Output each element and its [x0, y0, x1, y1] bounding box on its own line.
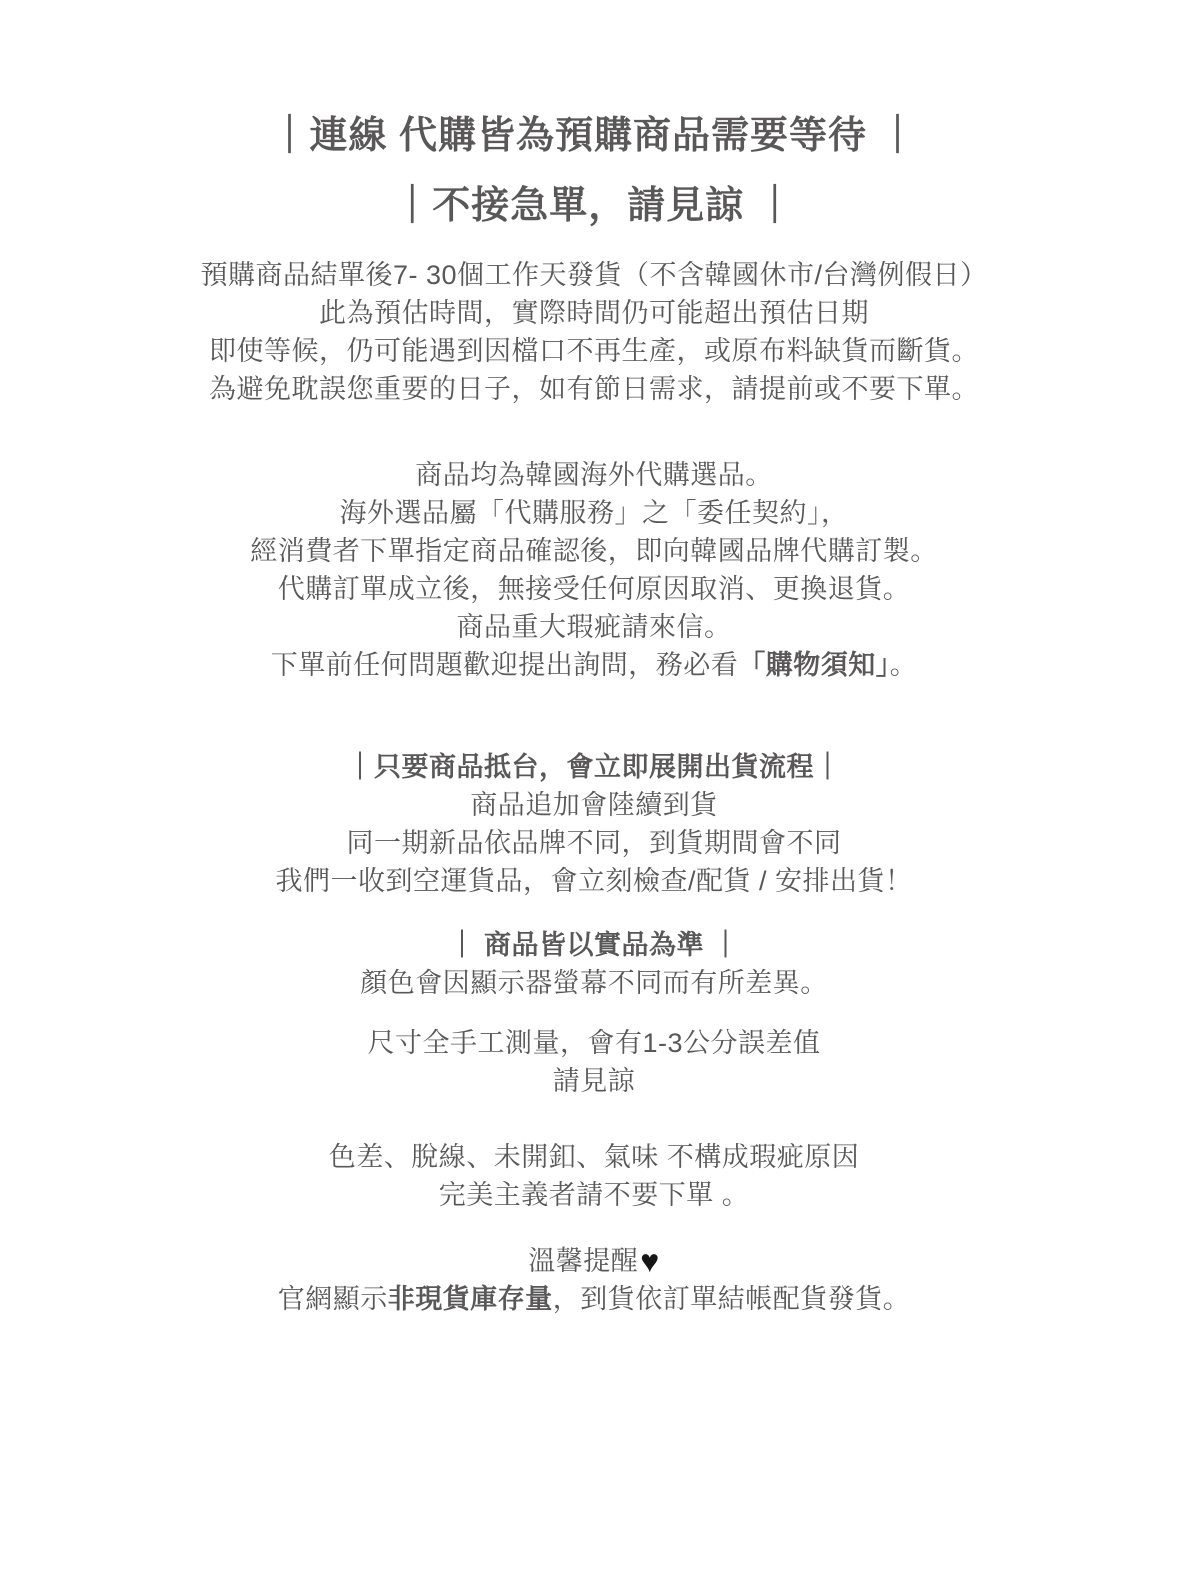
shipping-notice-paragraph: 預購商品結單後7- 30個工作天發貨（不含韓國休市/台灣例假日） 此為預估時間，… [0, 256, 1188, 408]
non-stock-emphasis: 非現貨庫存量 [388, 1284, 553, 1314]
service-terms-line: 商品重大瑕疵請來信。 [0, 608, 1188, 646]
inquiry-line-prefix: 下單前任何問題歡迎提出詢問，務必看 [271, 650, 739, 680]
shipping-notice-line: 此為預估時間，實際時間仍可能超出預估日期 [0, 294, 1188, 332]
black-heart-icon: ♥ [638, 1242, 660, 1280]
page-title-preorder-wait: ｜連線 代購皆為預購商品需要等待 ｜ [0, 112, 1188, 160]
arrival-flow-paragraph: ｜只要商品抵台，會立即展開出貨流程｜ 商品追加會陸續到貨 同一期新品依品牌不同，… [0, 748, 1188, 900]
defects-line: 色差、脫線、未開釦、氣味 不構成瑕疵原因 [0, 1138, 1188, 1176]
defects-line: 完美主義者請不要下單 。 [0, 1176, 1188, 1214]
shopping-guide-emphasis: 「購物須知」 [738, 650, 890, 680]
defects-paragraph: 色差、脫線、未開釦、氣味 不構成瑕疵原因 完美主義者請不要下單 。 [0, 1138, 1188, 1214]
actual-product-paragraph: ｜ 商品皆以實品為準 ｜ 顏色會因顯示器螢幕不同而有所差異。 [0, 926, 1188, 1002]
measurement-line: 請見諒 [0, 1062, 1188, 1100]
arrival-flow-line: 商品追加會陸續到貨 [0, 786, 1188, 824]
service-terms-line: 商品均為韓國海外代購選品。 [0, 456, 1188, 494]
arrival-flow-heading: ｜只要商品抵台，會立即展開出貨流程｜ [0, 748, 1188, 786]
reminder-paragraph: 溫馨提醒♥ 官網顯示非現貨庫存量，到貨依訂單結帳配貨發貨。 [0, 1242, 1188, 1318]
stock-line-prefix: 官網顯示 [278, 1284, 388, 1314]
reminder-stock-line: 官網顯示非現貨庫存量，到貨依訂單結帳配貨發貨。 [0, 1280, 1188, 1318]
arrival-flow-line: 我們一收到空運貨品，會立刻檢查/配貨 / 安排出貨！ [0, 862, 1188, 900]
shipping-notice-line: 即使等候，仍可能遇到因檔口不再生產，或原布料缺貨而斷貨。 [0, 332, 1188, 370]
actual-product-heading: ｜ 商品皆以實品為準 ｜ [0, 926, 1188, 964]
reminder-heading-text: 溫馨提醒 [528, 1246, 638, 1276]
shipping-notice-line: 為避免耽誤您重要的日子，如有節日需求，請提前或不要下單。 [0, 370, 1188, 408]
reminder-heading-line: 溫馨提醒♥ [0, 1242, 1188, 1280]
measurement-line: 尺寸全手工測量，會有1-3公分誤差值 [0, 1024, 1188, 1062]
inquiry-line-suffix: 。 [890, 650, 918, 680]
stock-line-suffix: ，到貨依訂單結帳配貨發貨。 [553, 1284, 911, 1314]
service-terms-line: 代購訂單成立後，無接受任何原因取消、更換退貨。 [0, 570, 1188, 608]
arrival-flow-line: 同一期新品依品牌不同，到貨期間會不同 [0, 824, 1188, 862]
service-terms-paragraph: 商品均為韓國海外代購選品。 海外選品屬「代購服務」之「委任契約」， 經消費者下單… [0, 456, 1188, 684]
actual-product-line: 顏色會因顯示器螢幕不同而有所差異。 [0, 964, 1188, 1002]
page-title-no-rush-orders: ｜不接急單，請見諒 ｜ [0, 182, 1188, 230]
service-terms-line: 海外選品屬「代購服務」之「委任契約」， [0, 494, 1188, 532]
service-terms-line: 經消費者下單指定商品確認後，即向韓國品牌代購訂製。 [0, 532, 1188, 570]
measurement-paragraph: 尺寸全手工測量，會有1-3公分誤差值 請見諒 [0, 1024, 1188, 1100]
notice-page: ｜連線 代購皆為預購商品需要等待 ｜ ｜不接急單，請見諒 ｜ 預購商品結單後7-… [0, 0, 1188, 1584]
shipping-notice-line: 預購商品結單後7- 30個工作天發貨（不含韓國休市/台灣例假日） [0, 256, 1188, 294]
service-terms-inquiry-line: 下單前任何問題歡迎提出詢問，務必看「購物須知」。 [0, 646, 1188, 684]
